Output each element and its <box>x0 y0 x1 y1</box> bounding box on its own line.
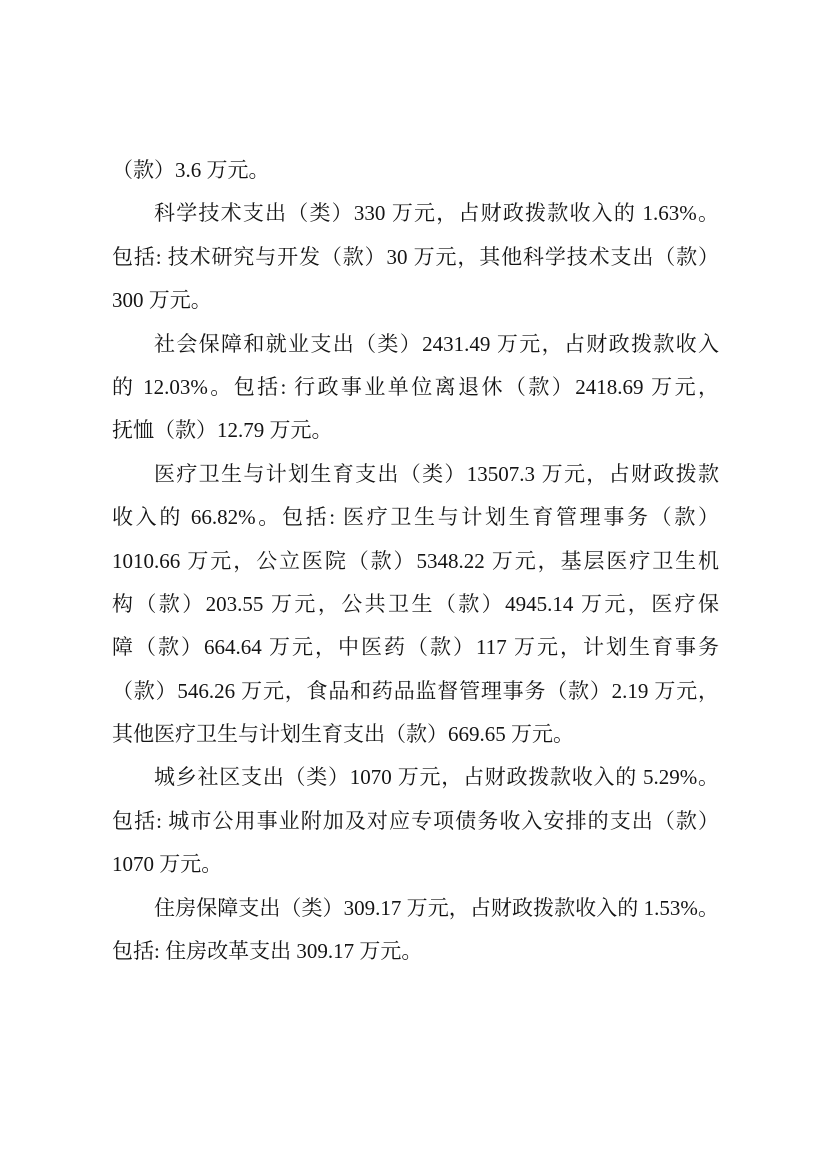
text-line: 包括: 住房改革支出 309.17 万元。 <box>112 930 719 973</box>
text-line: 的 12.03%。包括: 行政事业单位离退休（款）2418.69 万元， <box>112 366 719 409</box>
text-line: 城乡社区支出（类）1070 万元，占财政拨款收入的 5.29%。 <box>112 756 719 799</box>
text-line: （款）3.6 万元。 <box>112 149 719 192</box>
text-line: 住房保障支出（类）309.17 万元，占财政拨款收入的 1.53%。 <box>112 887 719 930</box>
text-line: 包括: 技术研究与开发（款）30 万元，其他科学技术支出（款） <box>112 236 719 279</box>
text-line: 抚恤（款）12.79 万元。 <box>112 409 719 452</box>
text-line: 障（款）664.64 万元，中医药（款）117 万元，计划生育事务 <box>112 626 719 669</box>
paragraph-carryover: （款）3.6 万元。 <box>112 149 719 192</box>
text-line: 收入的 66.82%。包括: 医疗卫生与计划生育管理事务（款） <box>112 496 719 539</box>
text-line: （款）546.26 万元，食品和药品监督管理事务（款）2.19 万元， <box>112 670 719 713</box>
paragraph-science-technology: 科学技术支出（类）330 万元，占财政拨款收入的 1.63%。 包括: 技术研究… <box>112 192 719 322</box>
document-page: （款）3.6 万元。 科学技术支出（类）330 万元，占财政拨款收入的 1.63… <box>0 0 827 1169</box>
document-body: （款）3.6 万元。 科学技术支出（类）330 万元，占财政拨款收入的 1.63… <box>112 149 719 973</box>
text-line: 包括: 城市公用事业附加及对应专项债务收入安排的支出（款） <box>112 800 719 843</box>
paragraph-community: 城乡社区支出（类）1070 万元，占财政拨款收入的 5.29%。 包括: 城市公… <box>112 756 719 886</box>
text-line: 1070 万元。 <box>112 843 719 886</box>
text-line: 其他医疗卫生与计划生育支出（款）669.65 万元。 <box>112 713 719 756</box>
text-line: 医疗卫生与计划生育支出（类）13507.3 万元，占财政拨款 <box>112 453 719 496</box>
text-line: 300 万元。 <box>112 279 719 322</box>
text-line: 1010.66 万元，公立医院（款）5348.22 万元，基层医疗卫生机 <box>112 540 719 583</box>
paragraph-health: 医疗卫生与计划生育支出（类）13507.3 万元，占财政拨款 收入的 66.82… <box>112 453 719 757</box>
text-line: 社会保障和就业支出（类）2431.49 万元，占财政拨款收入 <box>112 323 719 366</box>
paragraph-housing: 住房保障支出（类）309.17 万元，占财政拨款收入的 1.53%。 包括: 住… <box>112 887 719 974</box>
paragraph-social-security: 社会保障和就业支出（类）2431.49 万元，占财政拨款收入 的 12.03%。… <box>112 323 719 453</box>
text-line: 构（款）203.55 万元，公共卫生（款）4945.14 万元，医疗保 <box>112 583 719 626</box>
text-line: 科学技术支出（类）330 万元，占财政拨款收入的 1.63%。 <box>112 192 719 235</box>
